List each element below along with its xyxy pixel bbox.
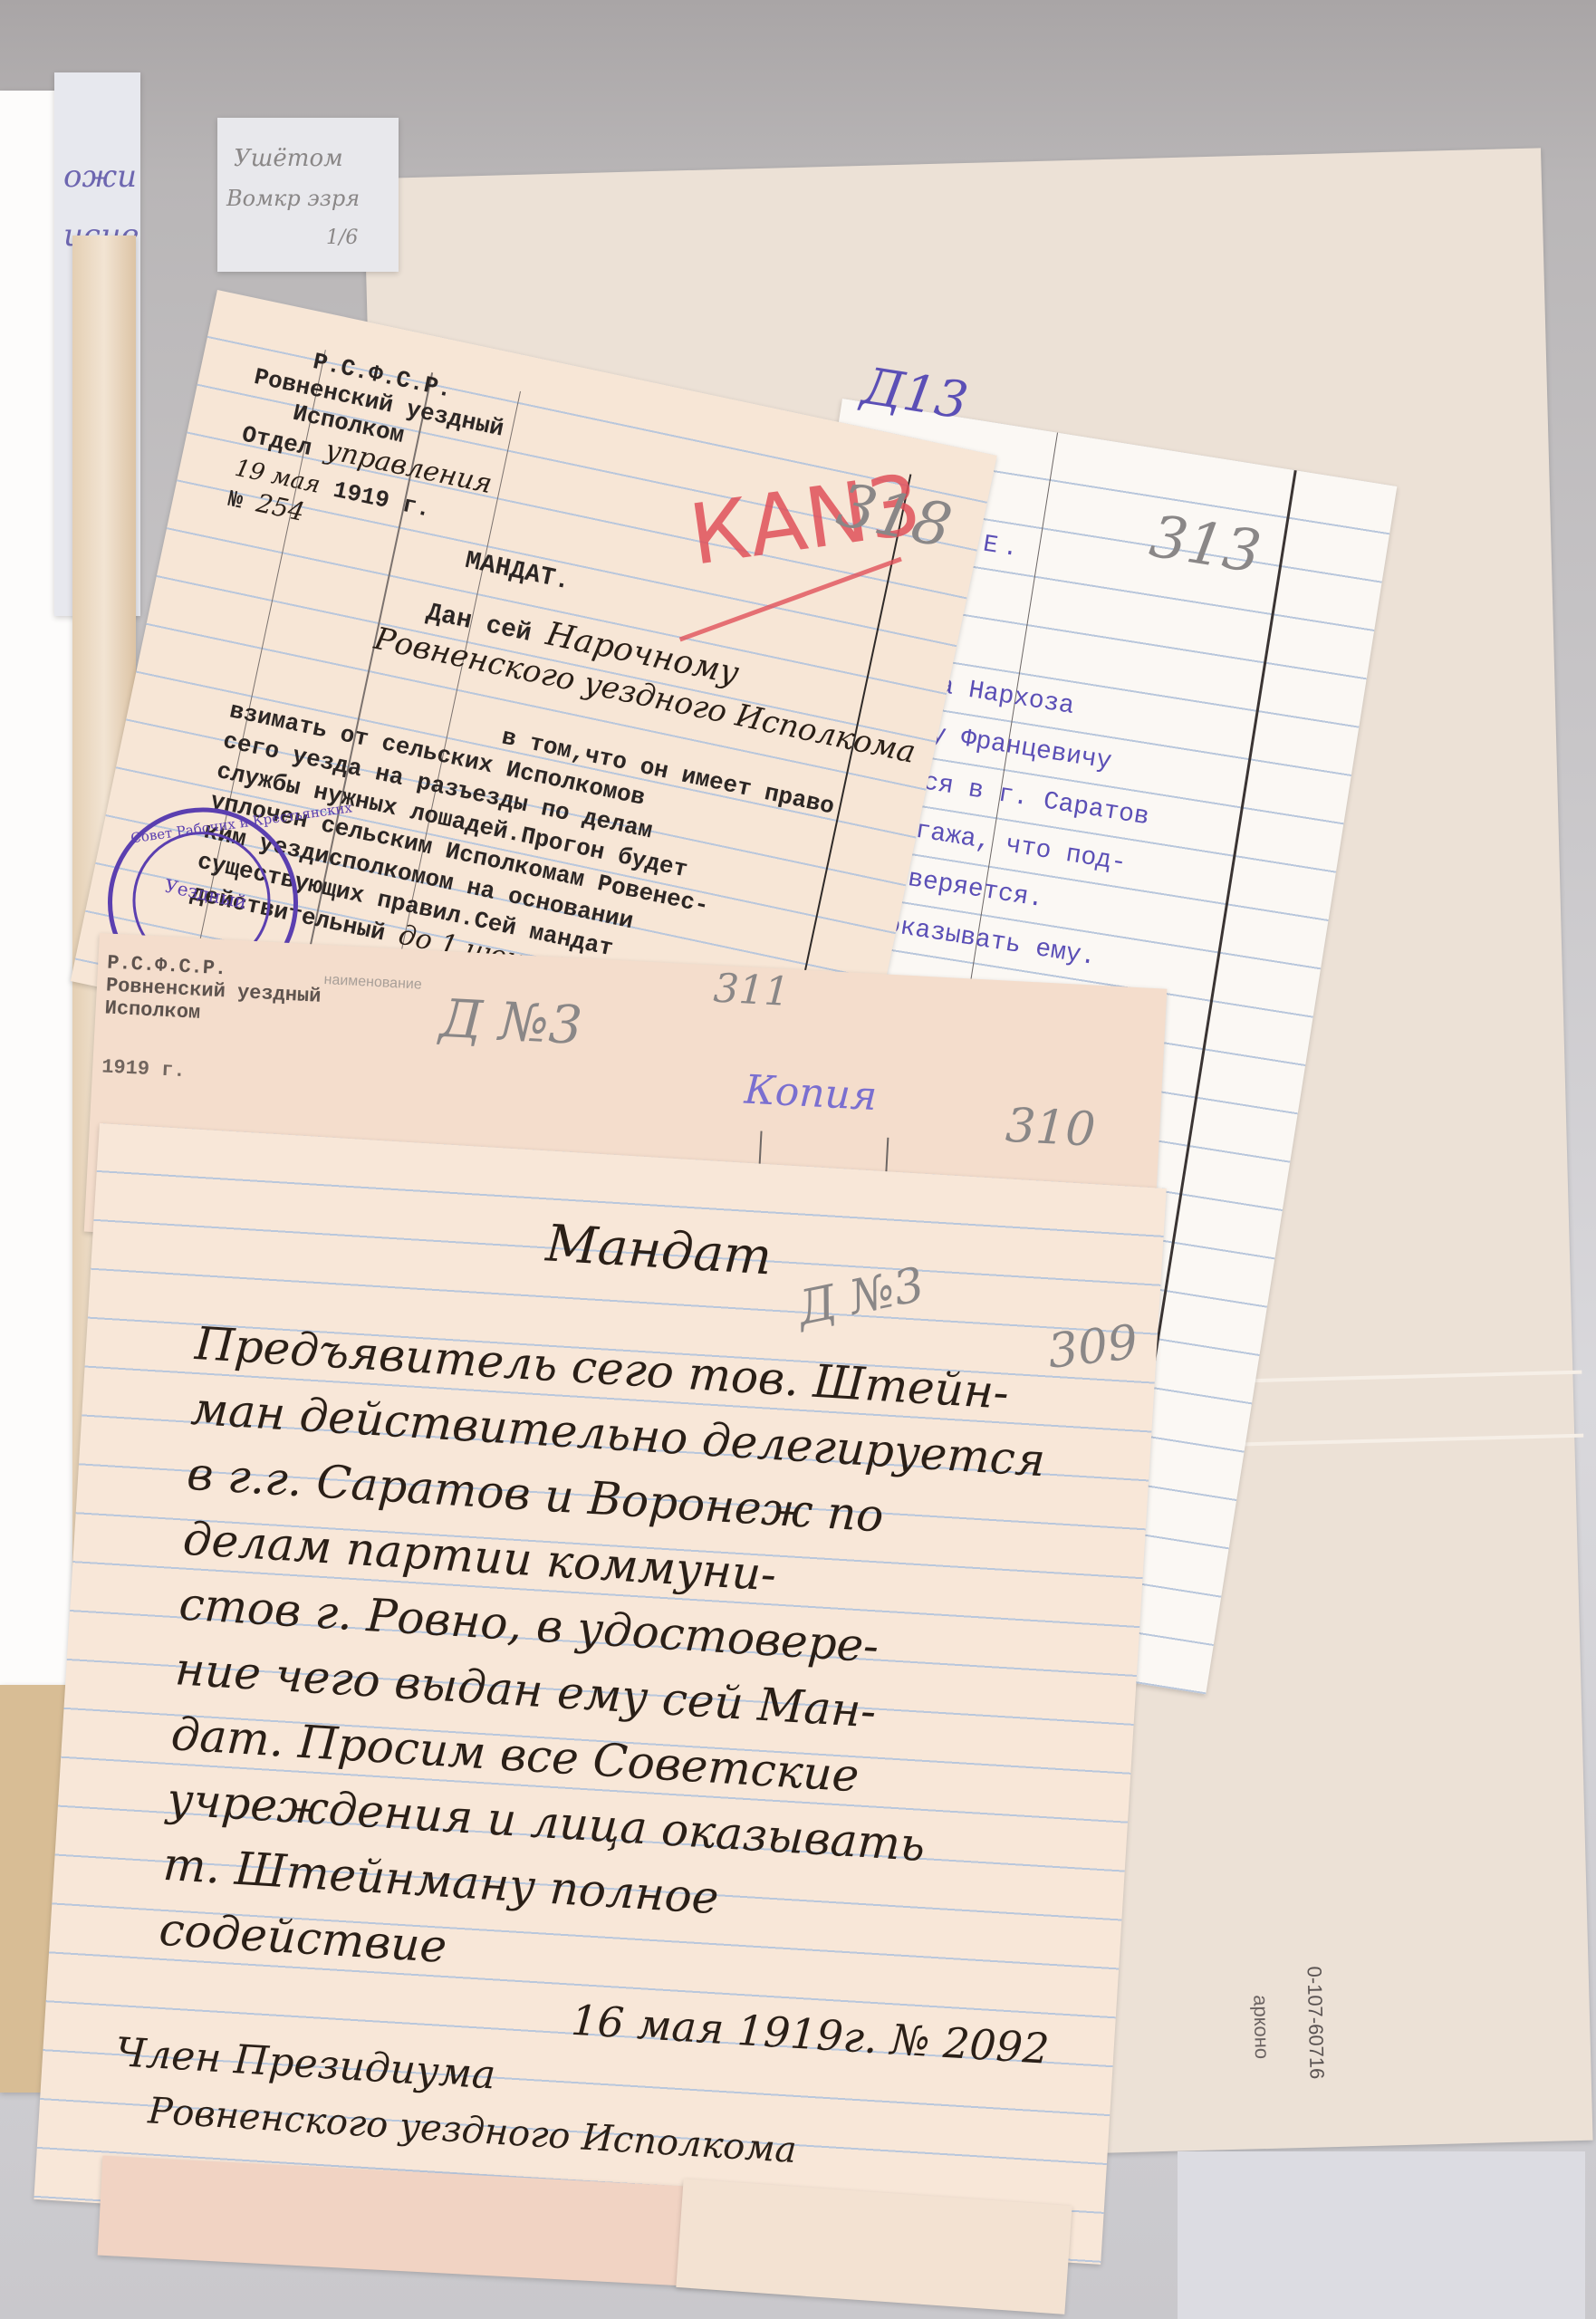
certificate-page-number: 313 [1146, 504, 1265, 587]
rear-card-line: Вомкр эзря [226, 186, 360, 211]
handwritten-mandate-sheet: Мандат Д №3 309 Предъявитель сего тов. Ш… [34, 1123, 1166, 2265]
middle-header: Р.С.Ф.С.Р. Ровненский уездный Исполком 1… [101, 951, 323, 1089]
middle-date-year: 1919 г. [101, 1055, 318, 1089]
middle-pencil-mark: Д №3 [438, 987, 584, 1056]
rear-card: Ушётом Вомкр эзря 1/6 [217, 118, 399, 272]
typed-mandate-title: МАНДАТ. [463, 547, 572, 597]
typed-mandate-header: Р.С.Ф.С.Р. Ровненский уездный Исполком О… [226, 337, 512, 565]
handwritten-mandate-pencil-mark: Д №3 [793, 1257, 928, 1336]
rear-card-line: 1/6 [326, 226, 358, 249]
handwritten-mandate-body: Предъявитель сего тов. Штейн- ман действ… [141, 1311, 1091, 2275]
scanner-bed [1178, 2151, 1585, 2319]
copy-violet-word: Копия [744, 1067, 879, 1121]
middle-column-header: наименование [323, 972, 422, 994]
number-label: № [226, 486, 245, 515]
folder-label-fragment: арконо [1248, 1995, 1274, 2060]
handwritten-mandate-title: Мандат [544, 1214, 774, 1286]
left-note-line: ожи [63, 159, 137, 195]
archive-code: 0-107-60716 [1302, 1966, 1328, 2079]
middle-page-number-top: 311 [712, 966, 791, 1015]
middle-page-number: 310 [1005, 1099, 1097, 1158]
rear-card-line: Ушётом [234, 145, 343, 172]
